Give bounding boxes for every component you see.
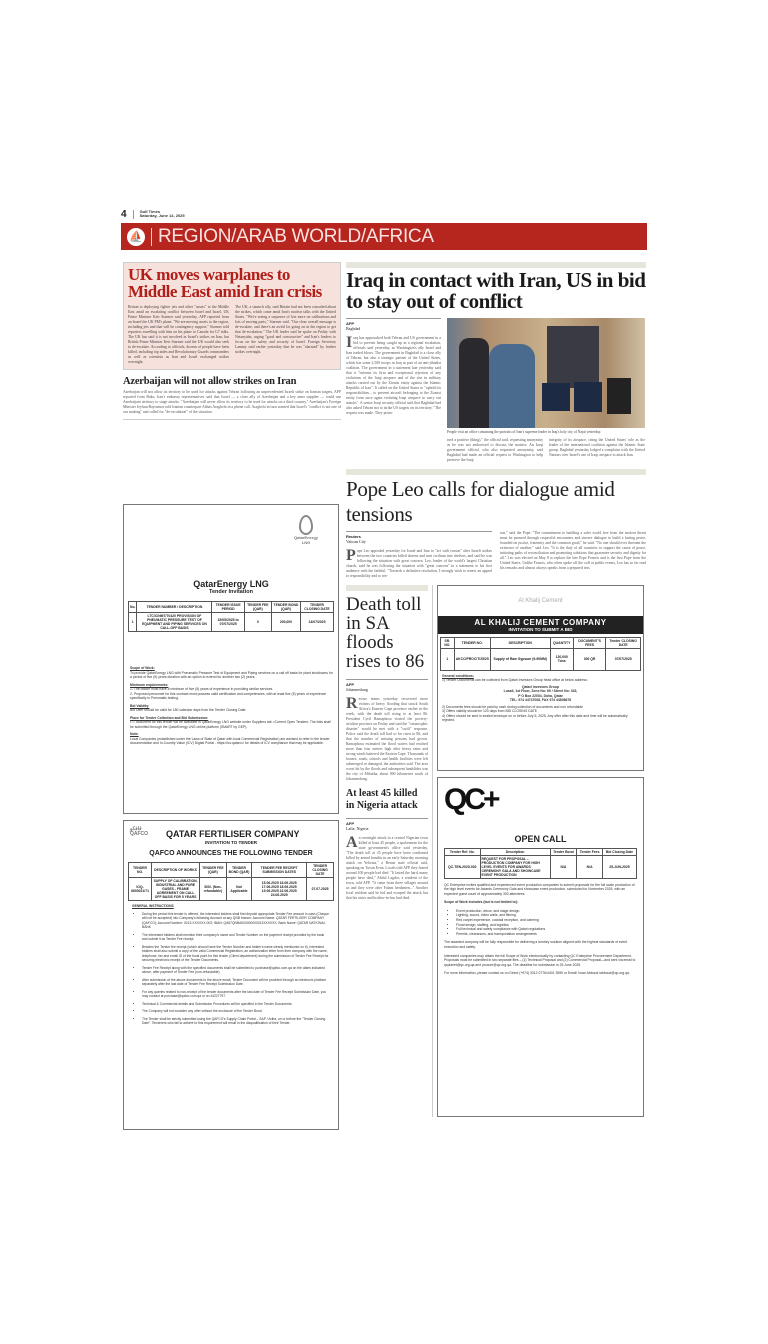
qafco-tender-ad: قافكو QAFCO QATAR FERTILISER COMPANY INV… xyxy=(123,820,339,1130)
dateline: Lafia, Nigeria xyxy=(346,826,368,831)
dateline: Baghdad xyxy=(346,326,360,331)
validity-text: Bid Offer should be valid for 180 calend… xyxy=(130,708,334,713)
left-column: UK moves warplanes to Middle East amid I… xyxy=(123,262,341,420)
instruction-item: Besides the Tender fee receipt (which sh… xyxy=(142,945,330,963)
cell: QC-TEN-2025-002 xyxy=(445,855,481,878)
cell: IOQ-6600021/71 xyxy=(129,878,152,901)
qafco-logo: قافكو QAFCO xyxy=(130,827,160,841)
tender-table: TENDER NO. DESCRIPTION OF WORKS TENDER F… xyxy=(128,862,334,901)
folio-publication: Gulf TimesSaturday, June 14, 2025 xyxy=(140,210,185,218)
ad-title: QatarEnergy LNG xyxy=(124,579,338,589)
byline: AFP Baghdad xyxy=(346,318,441,331)
iraq-body-col2: ised a positive (thing)," the official s… xyxy=(447,438,543,463)
qc-plus-logo: QC+ xyxy=(444,784,637,816)
col-header: TENDER NUMBER / DESCRIPTION xyxy=(137,602,212,613)
alkhalij-tender-ad: Al Khalij Cement AL KHALIJ CEMENT COMPAN… xyxy=(437,585,644,771)
byline: Reuters Vatican City xyxy=(346,531,492,544)
iraq-headline: Iraq in contact with Iran, US in bid to … xyxy=(346,270,646,312)
sa-body: Rescue teams yesterday recovered more vi… xyxy=(346,697,428,782)
uk-story: UK moves warplanes to Middle East amid I… xyxy=(123,262,341,370)
condition-1: 1) Tender Documents can be collected fro… xyxy=(442,678,639,683)
instruction-item: Technical & Commercial details and Submi… xyxy=(142,1002,330,1007)
iraq-body-col3: integrity of its airspace, citing the Un… xyxy=(549,438,645,463)
byline: AFP Lafia, Nigeria xyxy=(346,818,428,831)
ad-body: Scope of Work: To provide QatarEnergy LN… xyxy=(130,663,334,746)
scope-text: To provide QatarEnergy LNG with Pneumati… xyxy=(130,671,334,680)
photo-portrait xyxy=(547,326,599,388)
brand-sub: LNG xyxy=(286,540,326,545)
body-text: ope Leo appealed yesterday for Israel an… xyxy=(346,549,492,578)
cell: 15.06.2025 16.06.2025 17.06.2025 18.06.2… xyxy=(252,878,307,901)
body-text: escue teams yesterday recovered more vic… xyxy=(346,697,428,781)
cell: 120,000 Tons xyxy=(550,648,573,670)
cell: 300/- (Non-refundable) xyxy=(200,878,227,901)
scope-title: Scope of Work includes (but is not limit… xyxy=(444,900,637,905)
col-header: Description xyxy=(480,848,550,855)
divider xyxy=(123,419,341,420)
section-rule xyxy=(346,585,428,591)
col-header: TENDER CLOSING DATE xyxy=(300,602,333,613)
col-header: SR. NO. xyxy=(441,637,455,648)
qc-open-call-ad: QC+ OPEN CALL Tender Ref. No. Descriptio… xyxy=(437,777,644,1117)
col-header: DESCRIPTION xyxy=(490,637,550,648)
min-req-2: 2- Proposed personnel for this contract … xyxy=(130,692,334,701)
pope-body-col2: son," said the Pope. "The commitment to … xyxy=(500,531,646,579)
azerbaijan-body: Azerbaijan will not allow its territory … xyxy=(123,390,341,415)
note-text: Local Companies (established under the L… xyxy=(130,737,334,746)
right-column: Iraq in contact with Iran, US in bid to … xyxy=(346,262,646,1117)
cell: AKCC/PROC/T/25/25 xyxy=(454,648,490,670)
narrow-column: Death toll in SA floods rises to 86 AFP … xyxy=(346,585,428,1117)
body-text: n overnight attack in a central Nigerian… xyxy=(346,836,428,900)
cell: 300 QR xyxy=(573,648,606,670)
dropcap: I xyxy=(346,336,352,349)
col-header: DESCRIPTION OF WORKS xyxy=(152,863,200,878)
cell: 0 xyxy=(244,613,271,632)
cell: Supply of Raw Gypsum (9-90MM) xyxy=(490,648,550,670)
newspaper-page: 4 Gulf TimesSaturday, June 14, 2025 ⛵ RE… xyxy=(121,208,647,1133)
pope-body-col1: Pope Leo appealed yesterday for Israel a… xyxy=(346,549,492,579)
col-header: DOCUMENT'S FEES xyxy=(573,637,606,648)
photo-caption: People visit an office containing the po… xyxy=(447,430,645,435)
azerbaijan-headline: Azerbaijan will not allow strikes on Ira… xyxy=(123,376,341,387)
publication-date: Saturday, June 14, 2025 xyxy=(140,213,185,218)
cell: 1 xyxy=(129,613,137,632)
qatarenergy-logo: QatarEnergy LNG xyxy=(286,515,326,545)
condition-4: 4) Offers should be sent in sealed envel… xyxy=(442,714,639,723)
byline: AFP Johannesburg xyxy=(346,679,428,692)
instructions-title: GENERAL INSTRUCTIONS xyxy=(132,904,174,908)
tender-table: No. TENDER NUMBER / DESCRIPTION TENDER I… xyxy=(128,601,334,632)
cell: N/A xyxy=(550,855,577,878)
col-header: Tender CLOSING DATE xyxy=(606,637,641,648)
ad-subtitle: INVITATION TO SUBMIT A BID xyxy=(438,627,643,632)
nigeria-body: An overnight attack in a central Nigeria… xyxy=(346,836,428,901)
photo-figure xyxy=(489,344,535,428)
ad-body: GENERAL INSTRUCTIONS During the period t… xyxy=(128,901,334,1032)
place-text: ITT document for this tender will be ava… xyxy=(130,720,334,729)
cell: REQUEST FOR PROPOSAL – PRODUCTION COMPAN… xyxy=(480,855,550,878)
col-header: Bid Closing Date xyxy=(602,848,636,855)
instruction-item: The interested bidders shall mention the… xyxy=(142,933,330,942)
cell: 25-JUN-2025 xyxy=(602,855,636,878)
ad-title: OPEN CALL xyxy=(444,834,637,844)
col-header: TENDER NO. xyxy=(129,863,152,878)
conditions-title: General conditions: xyxy=(442,674,474,678)
lower-section: Death toll in SA floods rises to 86 AFP … xyxy=(346,585,646,1117)
col-header: No. xyxy=(129,602,137,613)
body-text: raq has approached both Tehran and US go… xyxy=(346,336,441,415)
dropcap: A xyxy=(346,836,358,849)
uk-headline: UK moves warplanes to Middle East amid I… xyxy=(128,266,336,300)
table-row: 1 LTC/C/NMT/70420 PROVISION OF PNEUMATIC… xyxy=(129,613,334,632)
nigeria-headline: At least 45 killed in Nigeria attack xyxy=(346,788,428,812)
ad-body: QC Enterprise invites qualified and expe… xyxy=(444,883,637,977)
cell: 14/07/2025 xyxy=(300,613,333,632)
cell: Not Applicable xyxy=(226,878,252,901)
droplet-logo-icon xyxy=(299,515,313,535)
cell: 200,000 xyxy=(271,613,300,632)
col-header: TENDER NO. xyxy=(454,637,490,648)
scope-item: Permits, clearances, and transportation … xyxy=(456,932,637,937)
col-header: TENDER ISSUE PERIOD xyxy=(212,602,244,613)
instruction-item: For any queries related to non-receipt o… xyxy=(142,990,330,999)
cell: 07/07/2025 xyxy=(606,648,641,670)
alkhalij-logo: Al Khalij Cement xyxy=(438,586,643,616)
ad-title: QATAR FERTILISER COMPANY xyxy=(166,829,300,839)
dateline: Vatican City xyxy=(346,539,366,544)
photo-frame xyxy=(542,383,570,411)
instruction-item: After submission of the above documents … xyxy=(142,978,330,987)
cell: SUPPLY OF CALIBRATION, INDUSTRIAL AND PU… xyxy=(152,878,200,901)
page-number: 4 xyxy=(121,209,127,220)
col-header: QUANTITY xyxy=(550,637,573,648)
pope-headline: Pope Leo calls for dialogue amid tension… xyxy=(346,477,646,527)
iraq-body-col1: Iraq has approached both Tehran and US g… xyxy=(346,336,441,416)
table-row: QC-TEN-2025-002 REQUEST FOR PROPOSAL – P… xyxy=(445,855,637,878)
instruction-item: During the period this tender is offered… xyxy=(142,912,330,930)
dateline: Johannesburg xyxy=(346,687,368,692)
ad-body: General conditions: 1) Tender Documents … xyxy=(438,674,643,723)
folio: 4 Gulf TimesSaturday, June 14, 2025 xyxy=(121,208,185,220)
paragraph: Interested companies may obtain the full… xyxy=(444,954,637,968)
iraq-story: Iraq in contact with Iran, US in bid to … xyxy=(346,262,646,463)
right-ads: Al Khalij Cement AL KHALIJ CEMENT COMPAN… xyxy=(432,585,644,1117)
col-header: Tender Fees xyxy=(577,848,603,855)
photo-figure xyxy=(459,338,489,428)
dropcap: P xyxy=(346,549,356,562)
azerbaijan-story: Azerbaijan will not allow strikes on Ira… xyxy=(123,376,341,420)
section-rule xyxy=(346,469,646,475)
tender-table: Tender Ref. No. Description Tender Bond … xyxy=(444,848,637,879)
section-title: REGION/ARAB WORLD/AFRICA xyxy=(158,226,434,248)
instruction-item: The Tender shall be strictly submitted u… xyxy=(142,1017,330,1026)
sa-headline: Death toll in SA floods rises to 86 xyxy=(346,595,428,671)
dhow-logo-icon: ⛵ xyxy=(127,228,145,246)
ad-announce: QAFCO ANNOUNCES THE FOLLOWING TENDER xyxy=(128,850,334,857)
contact-paragraph: For more information, please contact us … xyxy=(444,971,637,976)
pope-story: Pope Leo calls for dialogue amid tension… xyxy=(346,469,646,579)
ad-header: AL KHALIJ CEMENT COMPANY INVITATION TO S… xyxy=(438,616,643,634)
col-header: Tender Bond xyxy=(550,848,577,855)
tender-table: SR. NO. TENDER NO. DESCRIPTION QUANTITY … xyxy=(440,637,641,671)
col-header: Tender Ref. No. xyxy=(445,848,481,855)
cell: LTC/C/NMT/70420 PROVISION OF PNEUMATIC P… xyxy=(137,613,212,632)
table-row: 1 AKCC/PROC/T/25/25 Supply of Raw Gypsum… xyxy=(441,648,641,670)
photo-frame xyxy=(607,378,631,414)
banner-divider xyxy=(151,228,152,246)
col-header: TENDER FEE (QAR) xyxy=(244,602,271,613)
dropcap: R xyxy=(346,697,358,710)
table-row: IOQ-6600021/71 SUPPLY OF CALIBRATION, IN… xyxy=(129,878,334,901)
uk-body-col1: Britain is deploying fighter jets and ot… xyxy=(128,305,229,365)
photo-frame xyxy=(574,382,602,412)
col-header: TENDER FEE (QAR) xyxy=(200,863,227,878)
cell: 15/05/2025 to 07/07/2025 xyxy=(212,613,244,632)
col-header: TENDER BOND (QAR) xyxy=(271,602,300,613)
address-block: Qatari Investors Group Lusail, 1st Floor… xyxy=(442,685,639,703)
intro-text: QC Enterprise invites qualified and expe… xyxy=(444,883,637,897)
col-header: TENDER CLOSING DATE xyxy=(307,863,334,878)
address-line: TEL: 974 44747008, FAX 974 44808676 xyxy=(442,698,639,703)
col-header: TENDER FEE RECEIPT SUBMISSION DATES xyxy=(252,863,307,878)
ad-title: AL KHALIJ CEMENT COMPANY xyxy=(438,618,643,627)
uk-body-col2: The UK, a staunch ally, said Britain had… xyxy=(235,305,336,365)
cell: 1 xyxy=(441,648,455,670)
qatarenergy-tender-ad: QatarEnergy LNG QatarEnergy LNG Tender I… xyxy=(123,504,339,814)
ad-subtitle: Tender Invitation xyxy=(124,589,338,595)
news-photo xyxy=(447,318,645,428)
cell: 07.07.2025 xyxy=(307,878,334,901)
col-header: TENDER BOND (QAR) xyxy=(226,863,252,878)
instruction-item: Tender Fee Receipt along with the specif… xyxy=(142,966,330,975)
section-banner: ⛵ REGION/ARAB WORLD/AFRICA xyxy=(121,223,647,250)
paragraph: The awarded company will be fully respon… xyxy=(444,940,637,949)
folio-divider xyxy=(133,210,134,219)
instruction-item: The Company will not consider any offer … xyxy=(142,1009,330,1014)
cell: N/A xyxy=(577,855,603,878)
